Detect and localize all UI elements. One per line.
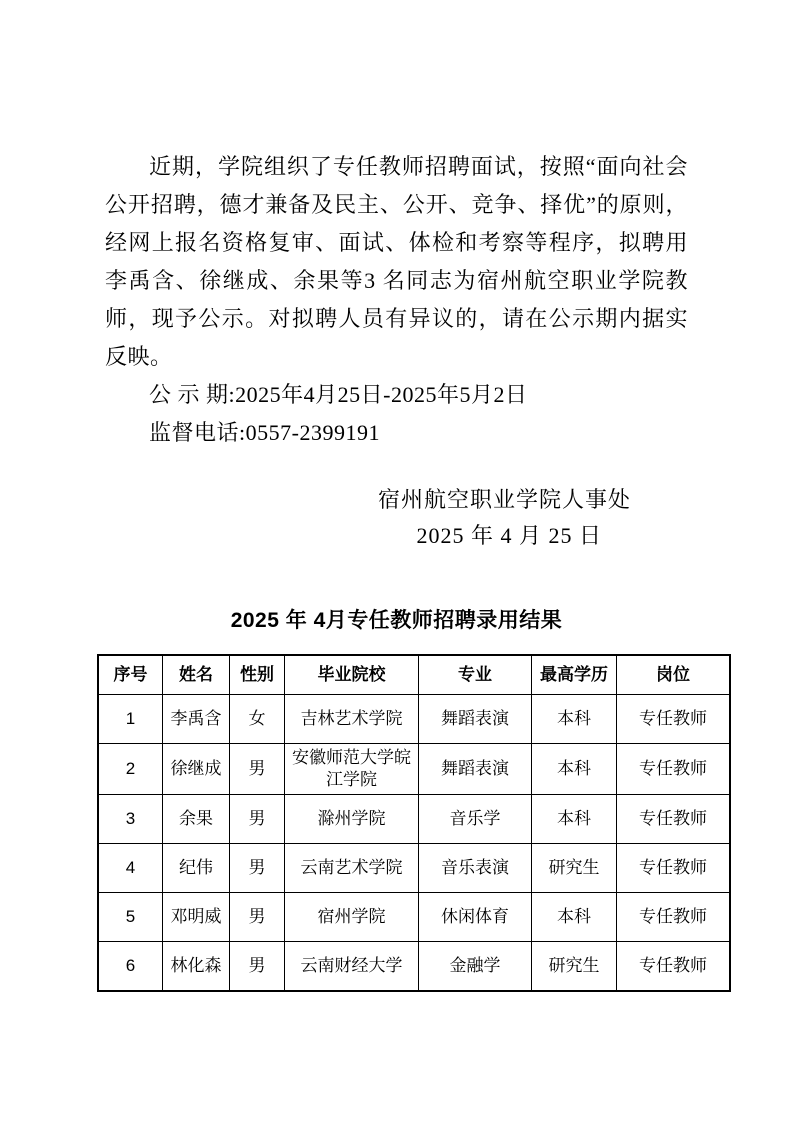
table-cell: 男 — [230, 844, 285, 893]
table-cell: 纪伟 — [163, 844, 230, 893]
table-row: 3余果男滁州学院音乐学本科专任教师 — [98, 795, 730, 844]
column-header: 序号 — [98, 655, 163, 695]
table-cell: 研究生 — [532, 844, 617, 893]
table-cell: 休闲体育 — [419, 893, 532, 942]
table-cell: 滁州学院 — [285, 795, 419, 844]
table-cell: 安徽师范大学皖江学院 — [285, 744, 419, 795]
announcement-paragraph: 近期，学院组织了专任教师招聘面试，按照“面向社会公开招聘，德才兼备及民主、公开、… — [105, 148, 688, 376]
column-header: 毕业院校 — [285, 655, 419, 695]
table-cell: 本科 — [532, 744, 617, 795]
table-row: 1李禹含女吉林艺术学院舞蹈表演本科专任教师 — [98, 695, 730, 744]
document-page: 近期，学院组织了专任教师招聘面试，按照“面向社会公开招聘，德才兼备及民主、公开、… — [0, 0, 793, 1122]
table-cell: 邓明威 — [163, 893, 230, 942]
table-cell: 宿州学院 — [285, 893, 419, 942]
column-header: 专业 — [419, 655, 532, 695]
table-cell: 专任教师 — [617, 942, 731, 992]
table-cell: 3 — [98, 795, 163, 844]
table-cell: 女 — [230, 695, 285, 744]
table-title: 2025 年 4月专任教师招聘录用结果 — [105, 606, 688, 636]
table-cell: 舞蹈表演 — [419, 744, 532, 795]
table-cell: 专任教师 — [617, 844, 731, 893]
table-cell: 本科 — [532, 695, 617, 744]
document-content: 近期，学院组织了专任教师招聘面试，按照“面向社会公开招聘，德才兼备及民主、公开、… — [0, 0, 793, 992]
table-row: 6林化森男云南财经大学金融学研究生专任教师 — [98, 942, 730, 992]
signature-date: 2025 年 4 月 25 日 — [105, 518, 688, 554]
table-cell: 1 — [98, 695, 163, 744]
table-cell: 云南财经大学 — [285, 942, 419, 992]
publicity-period-line: 公 示 期:2025年4月25日-2025年5月2日 — [105, 376, 688, 414]
table-cell: 5 — [98, 893, 163, 942]
table-row: 2徐继成男安徽师范大学皖江学院舞蹈表演本科专任教师 — [98, 744, 730, 795]
recruitment-results-table: 序号姓名性别毕业院校专业最高学历岗位 1李禹含女吉林艺术学院舞蹈表演本科专任教师… — [97, 654, 731, 992]
table-cell: 专任教师 — [617, 893, 731, 942]
column-header: 姓名 — [163, 655, 230, 695]
table-cell: 研究生 — [532, 942, 617, 992]
table-cell: 徐继成 — [163, 744, 230, 795]
table-row: 5邓明威男宿州学院休闲体育本科专任教师 — [98, 893, 730, 942]
table-cell: 吉林艺术学院 — [285, 695, 419, 744]
column-header: 岗位 — [617, 655, 731, 695]
table-cell: 男 — [230, 795, 285, 844]
table-cell: 专任教师 — [617, 744, 731, 795]
table-cell: 6 — [98, 942, 163, 992]
table-cell: 音乐学 — [419, 795, 532, 844]
column-header: 最高学历 — [532, 655, 617, 695]
table-row: 4纪伟男云南艺术学院音乐表演研究生专任教师 — [98, 844, 730, 893]
table-cell: 本科 — [532, 893, 617, 942]
table-cell: 舞蹈表演 — [419, 695, 532, 744]
table-cell: 4 — [98, 844, 163, 893]
table-cell: 男 — [230, 893, 285, 942]
table-cell: 金融学 — [419, 942, 532, 992]
table-cell: 本科 — [532, 795, 617, 844]
column-header: 性别 — [230, 655, 285, 695]
table-cell: 2 — [98, 744, 163, 795]
signature-department: 宿州航空职业学院人事处 — [105, 482, 688, 518]
table-cell: 林化森 — [163, 942, 230, 992]
table-cell: 云南艺术学院 — [285, 844, 419, 893]
table-cell: 李禹含 — [163, 695, 230, 744]
table-cell: 男 — [230, 744, 285, 795]
table-cell: 专任教师 — [617, 695, 731, 744]
table-cell: 专任教师 — [617, 795, 731, 844]
table-cell: 男 — [230, 942, 285, 992]
table-cell: 音乐表演 — [419, 844, 532, 893]
supervision-phone-line: 监督电话:0557-2399191 — [105, 414, 688, 452]
table-header-row: 序号姓名性别毕业院校专业最高学历岗位 — [98, 655, 730, 695]
table-cell: 余果 — [163, 795, 230, 844]
